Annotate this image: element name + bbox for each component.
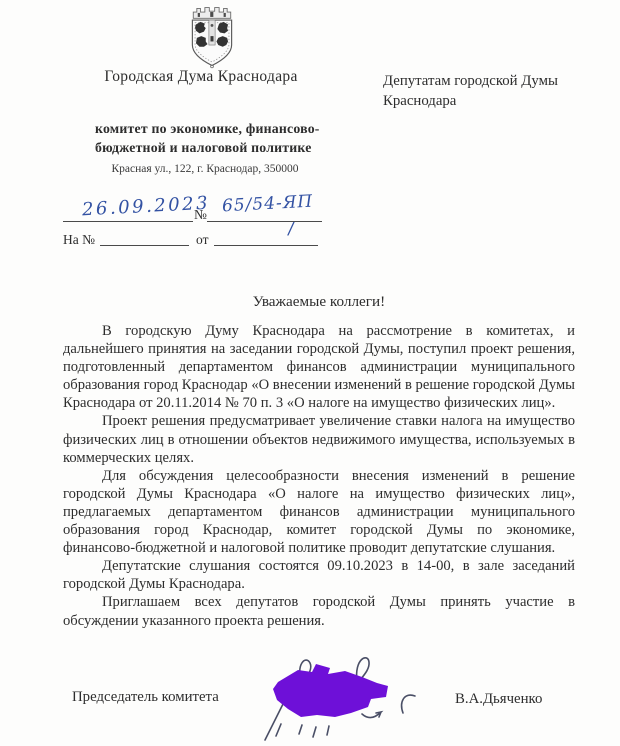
committee-line-1: комитет по экономике, финансово- [95, 119, 355, 138]
signer-position: Председатель комитета [72, 689, 219, 706]
salutation: Уважаемые коллеги! [63, 293, 575, 311]
number-underline [207, 204, 322, 222]
letter-body: В городскую Думу Краснодара на рассмотре… [63, 322, 575, 630]
paragraph-5: Приглашаем всех депутатов городской Думы… [63, 593, 575, 629]
ink-stroke [286, 222, 296, 236]
signature-redaction [273, 664, 388, 717]
org-name: Городская Дума Краснодара [56, 68, 346, 86]
reply-date-underline [214, 230, 318, 246]
reply-number-underline [100, 230, 189, 246]
committee-name: комитет по экономике, финансово- бюджетн… [95, 119, 355, 157]
redacted-signature-blob-icon [250, 650, 440, 746]
scanned-letter-page: Городская Дума Краснодара Депутатам горо… [0, 0, 620, 746]
recipient-line-2: Краснодара [383, 91, 583, 111]
recipient-block: Депутатам городской Думы Краснодара [383, 71, 583, 111]
org-address: Красная ул., 122, г. Краснодар, 350000 [73, 163, 337, 175]
recipient-line-1: Депутатам городской Думы [383, 71, 583, 91]
committee-line-2: бюджетной и налоговой политике [95, 138, 355, 157]
reply-date-label: от [196, 232, 208, 248]
signer-name: В.А.Дьяченко [455, 691, 542, 708]
reply-to-label: На № [63, 232, 95, 248]
paragraph-4: Депутатские слушания состоятся 09.10.202… [63, 557, 575, 593]
paragraph-1: В городскую Думу Краснодара на рассмотре… [63, 322, 575, 412]
number-sign-label: № [194, 207, 207, 223]
krasnodar-coat-of-arms-icon [185, 4, 239, 70]
paragraph-3: Для обсуждения целесообразности внесения… [63, 467, 575, 557]
paragraph-2: Проект решения предусматривает увеличени… [63, 412, 575, 466]
date-underline [63, 204, 193, 222]
